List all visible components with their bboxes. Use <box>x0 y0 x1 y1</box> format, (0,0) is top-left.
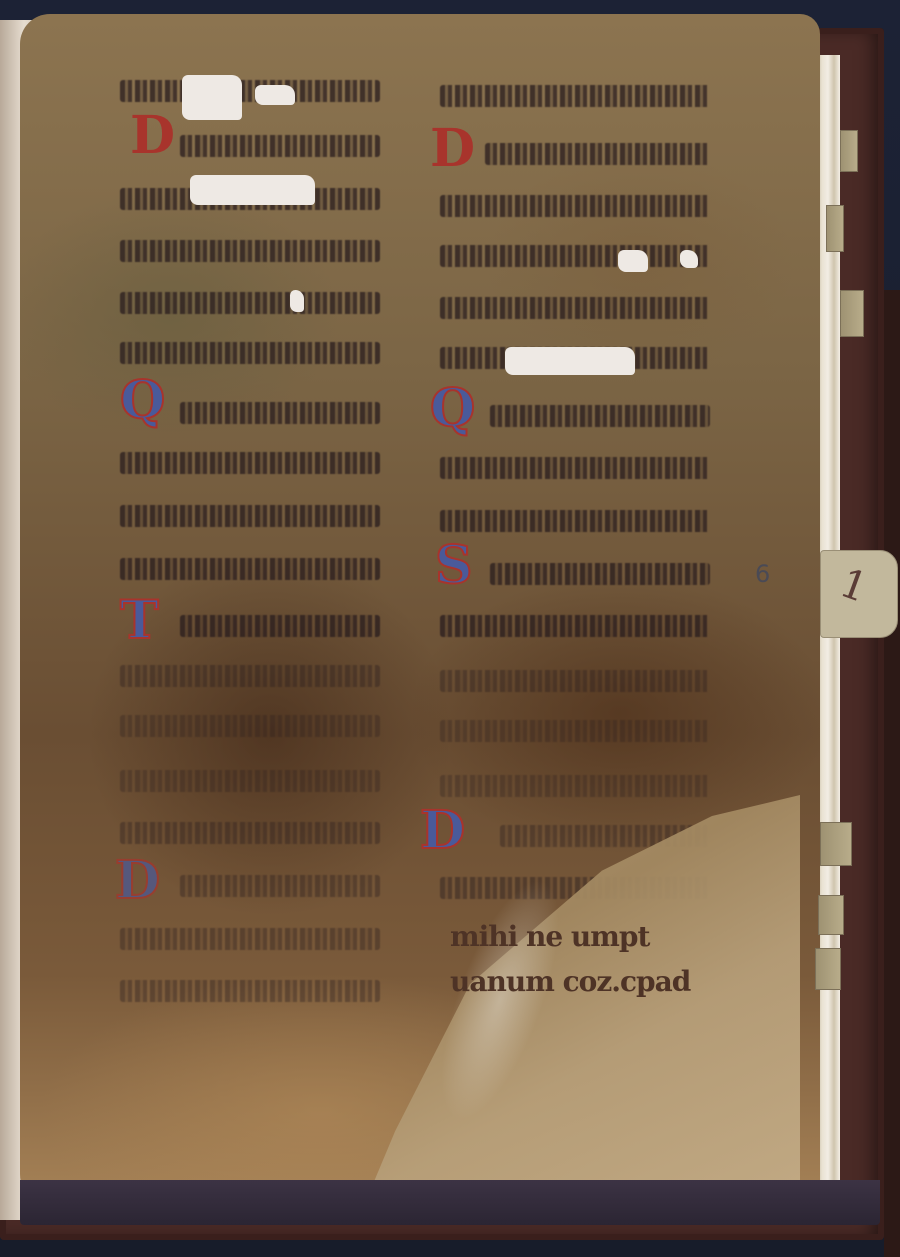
binding-lower-edge <box>20 1180 880 1225</box>
page-tab[interactable] <box>820 822 852 866</box>
page-tab[interactable] <box>826 205 844 252</box>
initial-s-decorated: S <box>435 540 473 592</box>
initial-t-decorated: T <box>120 595 159 647</box>
tab-number: 1 <box>834 560 874 612</box>
parchment-loss <box>190 175 315 205</box>
initial-d-red: D <box>130 110 175 162</box>
parchment-loss <box>680 250 698 268</box>
initial-d-decorated: D <box>115 855 160 907</box>
parchment-loss <box>255 85 295 105</box>
parchment-loss <box>618 250 648 272</box>
page-tab[interactable] <box>815 948 841 990</box>
initial-q-decorated: Q <box>430 383 475 435</box>
legible-text-line: uanum coz.cpad <box>450 965 690 998</box>
left-text-column: D Q T D <box>120 80 390 1010</box>
legible-text-line: mihi ne umpt <box>450 920 649 953</box>
initial-q-decorated: Q <box>120 375 165 427</box>
numbered-page-tab[interactable]: 1 <box>820 550 898 638</box>
parchment-loss <box>290 290 304 312</box>
page-tab[interactable] <box>818 895 844 935</box>
initial-d-red: D <box>430 123 475 175</box>
page-tab[interactable] <box>840 290 864 337</box>
pencil-foliation: 6 <box>755 560 770 588</box>
binding-edge <box>884 290 900 1257</box>
parchment-loss <box>182 75 242 120</box>
page-tab[interactable] <box>840 130 858 172</box>
parchment-loss <box>505 347 635 375</box>
